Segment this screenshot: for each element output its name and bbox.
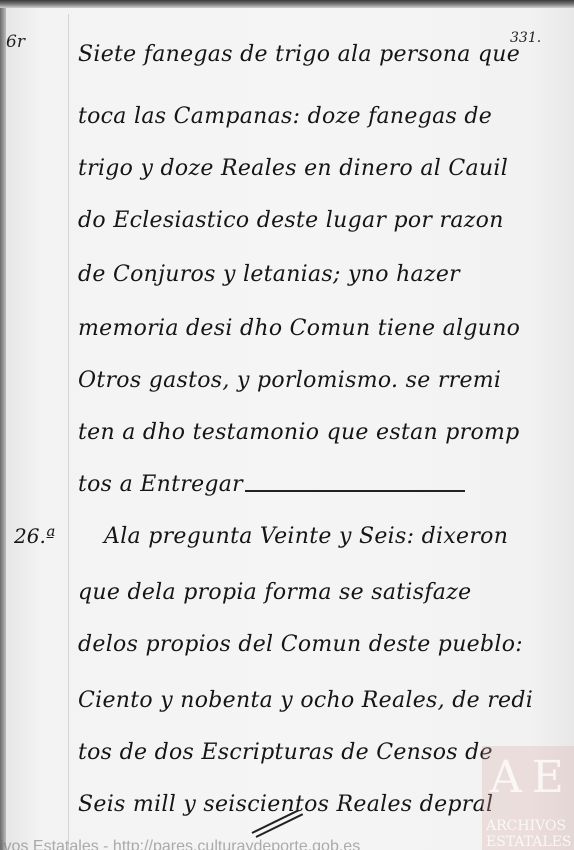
manuscript-line: Ala pregunta Veinte y Seis: dixeron [104,524,508,549]
item-number: 26.ª [14,524,55,548]
watermark-logo-letters: AE [490,752,574,803]
manuscript-line: delos propios del Comun deste pueblo: [78,632,523,657]
manuscript-line: Siete fanegas de trigo ala persona que [78,42,520,67]
line-filler-stroke [245,490,465,492]
manuscript-line: toca las Campanas: doze fanegas de [78,104,492,129]
manuscript-line: Otros gastos, y porlomismo. se rremi [78,368,501,393]
manuscript-line: memoria desi dho Comun tiene alguno [78,316,520,341]
manuscript-line: Ciento y nobenta y ocho Reales, de redi [78,688,533,713]
manuscript-line: ten a dho testamonio que estan promp [78,420,520,445]
source-footer: ivos Estatales - http://pares.culturayde… [0,838,360,850]
watermark-archive-label: ARCHIVOS ESTATALES [486,818,574,850]
manuscript-line: tos de dos Escripturas de Censos de [78,740,493,765]
manuscript-line: de Conjuros y letanias; yno hazer [78,262,460,287]
manuscript-line: que dela propia forma se satisfaze [78,580,471,605]
manuscript-line: do Eclesiastico deste lugar por razon [78,208,504,233]
archive-watermark: AE ARCHIVOS ESTATALES [482,746,574,850]
manuscript-line: tos a Entregar [78,472,243,497]
manuscript-line: Seis mill y seiscientos Reales depral [78,792,493,817]
page-top-edge [0,0,574,8]
margin-rule [68,14,69,850]
manuscript-line: trigo y doze Reales en dinero al Cauil [78,156,508,181]
folio-left: 6r [6,32,25,52]
